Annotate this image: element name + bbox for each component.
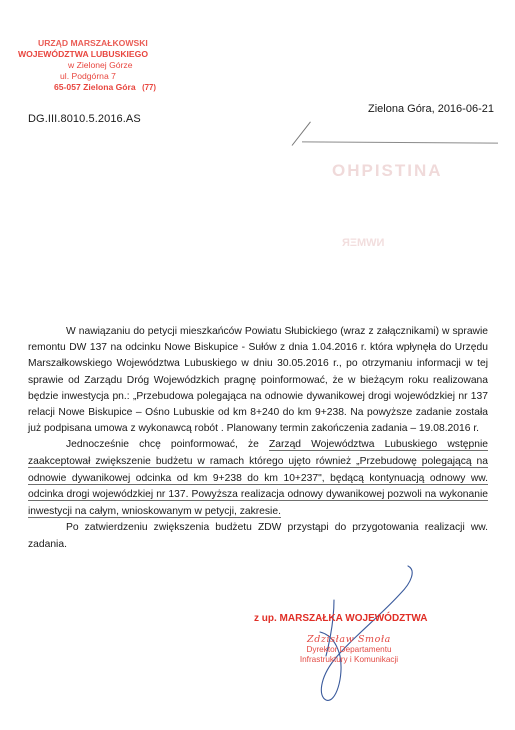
stamp-line-1: URZĄD MARSZAŁKOWSKI: [18, 38, 178, 49]
reference-number: DG.III.8010.5.2016.AS: [28, 113, 141, 125]
signature-block: z up. MARSZAŁKA WOJEWÓDZTWA Zdzisław Smo…: [254, 613, 444, 664]
signatory-name: Zdzisław Smoła: [254, 634, 444, 645]
paragraph-2-intro: Jednocześnie chcę poinformować, że: [66, 439, 269, 450]
bleed-through-stamp: OHPISTINA ЯΞМWИ: [292, 137, 498, 257]
paragraph-2: Jednocześnie chcę poinformować, że Zarzą…: [28, 437, 488, 520]
stamp-line-4: ul. Podgórna 7: [18, 71, 178, 82]
bleed-title: OHPISTINA: [332, 161, 443, 181]
office-stamp: URZĄD MARSZAŁKOWSKI WOJEWÓDZTWA LUBUSKIE…: [18, 38, 178, 93]
letter-page: URZĄD MARSZAŁKOWSKI WOJEWÓDZTWA LUBUSKIE…: [0, 0, 515, 730]
paragraph-2-underlined: Zarząd Województwa Lubuskiego wstępnie z…: [28, 439, 488, 517]
paragraph-3: Po zatwierdzeniu zwiększenia budżetu ZDW…: [28, 520, 488, 552]
bleed-subtitle: ЯΞМWИ: [342, 237, 384, 249]
stamp-line-3: w Zielonej Górze: [18, 60, 178, 71]
paragraph-1: W nawiązaniu do petycji mieszkańców Powi…: [28, 324, 488, 437]
place-date: Zielona Góra, 2016-06-21: [368, 103, 494, 115]
signatory-role-2: Infrastruktury i Komunikacji: [254, 655, 444, 665]
letter-body: W nawiązaniu do petycji mieszkańców Powi…: [28, 324, 488, 553]
stamp-code: (77): [142, 82, 156, 93]
bleed-line: [302, 141, 498, 143]
stamp-line-2: WOJEWÓDZTWA LUBUSKIEGO: [18, 49, 178, 60]
signatory-role-1: Dyrektor Departamentu: [254, 645, 444, 655]
signature-authority: z up. MARSZAŁKA WOJEWÓDZTWA: [254, 613, 444, 624]
